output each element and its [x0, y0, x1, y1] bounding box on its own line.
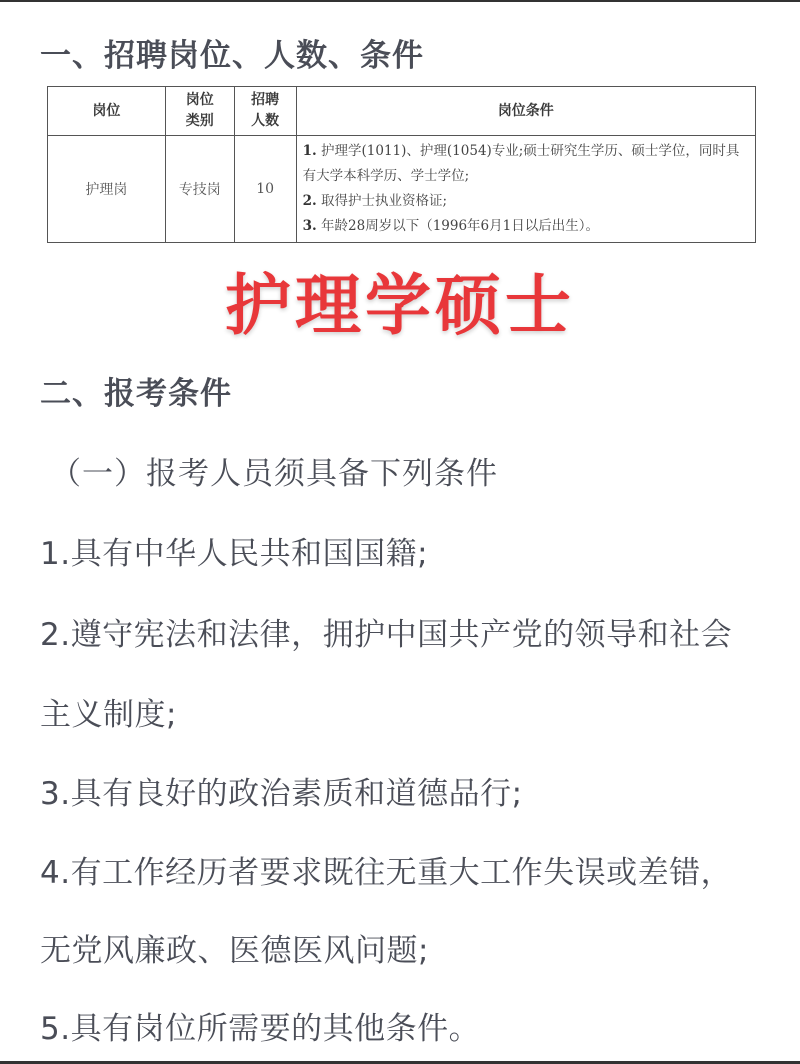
cell-count: 10: [234, 136, 296, 243]
section-1-heading: 一、招聘岗位、人数、条件: [40, 30, 424, 75]
cell-position: 护理岗: [48, 136, 166, 243]
requirement-item-2-cont: 主义制度;: [40, 689, 177, 734]
recruitment-table: 岗位 岗位类别 招聘人数 岗位条件 护理岗 专技岗 10 1. 护理学(1011…: [47, 86, 756, 243]
condition-2: 2. 取得护士执业资格证;: [303, 189, 749, 214]
requirement-item-4-cont: 无党风廉政、医德医风问题;: [40, 925, 429, 970]
requirement-item-2: 2.遵守宪法和法律，拥护中国共产党的领导和社会: [40, 609, 732, 654]
header-category: 岗位类别: [165, 87, 234, 136]
section-2-subtitle: （一）报考人员须具备下列条件: [50, 448, 498, 493]
condition-1: 1. 护理学(1011)、护理(1054)专业;硕士研究生学历、硕士学位，同时具…: [303, 139, 749, 189]
banner-title: 护理学硕士: [0, 252, 800, 347]
header-conditions: 岗位条件: [296, 87, 755, 136]
header-count: 招聘人数: [234, 87, 296, 136]
table-row: 护理岗 专技岗 10 1. 护理学(1011)、护理(1054)专业;硕士研究生…: [48, 136, 756, 243]
requirement-item-3: 3.具有良好的政治素质和道德品行;: [40, 768, 523, 813]
requirement-item-1: 1.具有中华人民共和国国籍;: [40, 528, 428, 573]
cell-category: 专技岗: [165, 136, 234, 243]
table-header-row: 岗位 岗位类别 招聘人数 岗位条件: [48, 87, 756, 136]
requirement-item-5: 5.具有岗位所需要的其他条件。: [40, 1003, 480, 1048]
condition-3: 3. 年龄28周岁以下（1996年6月1日以后出生）。: [303, 214, 749, 239]
top-edge-bar: [0, 0, 800, 2]
requirement-item-4: 4.有工作经历者要求既往无重大工作失误或差错，: [40, 847, 732, 892]
cell-conditions: 1. 护理学(1011)、护理(1054)专业;硕士研究生学历、硕士学位，同时具…: [296, 136, 755, 243]
section-2-heading: 二、报考条件: [40, 368, 232, 413]
header-position: 岗位: [48, 87, 166, 136]
